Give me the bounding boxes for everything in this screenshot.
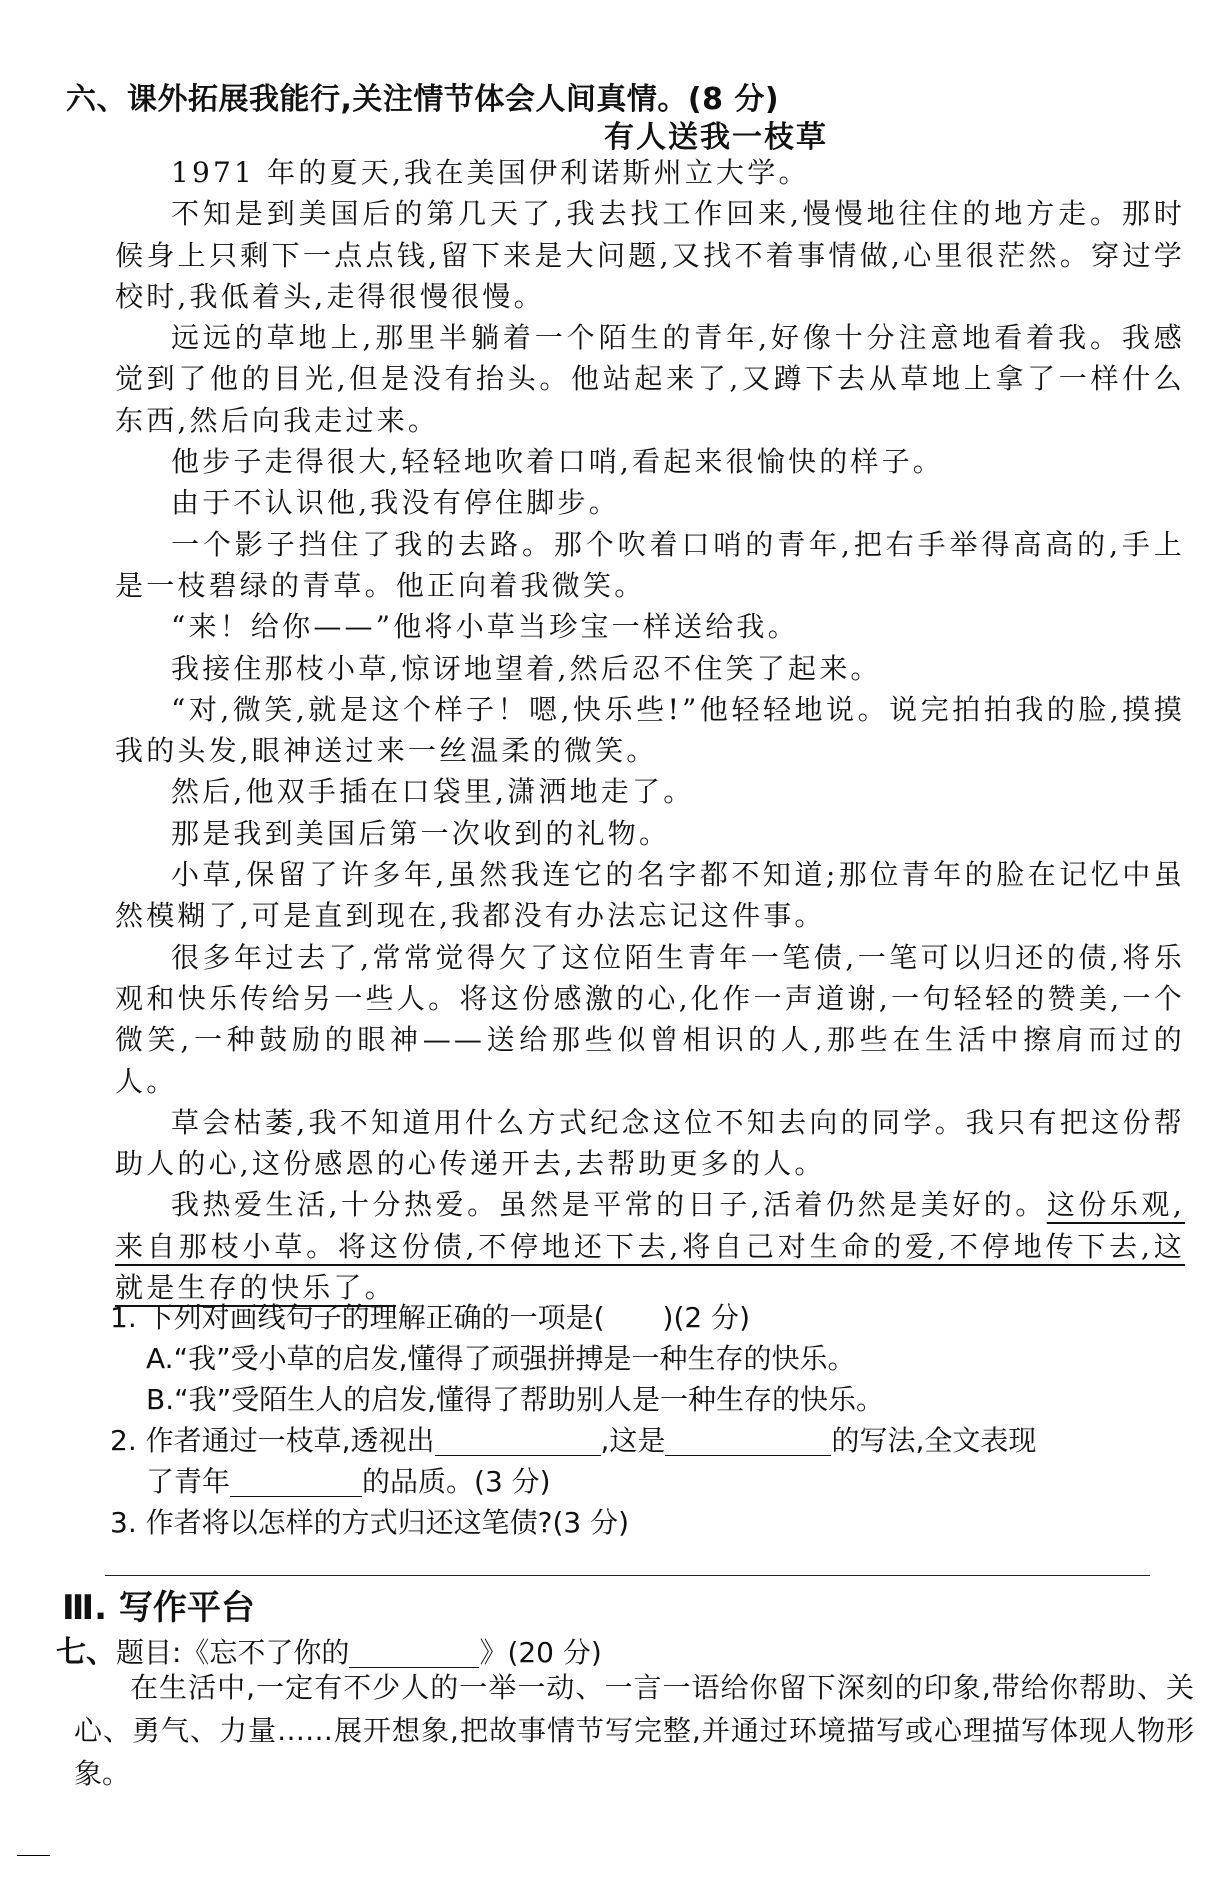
question-2-text: 了青年 — [146, 1465, 230, 1498]
article-paragraph: 他步子走得很大,轻轻地吹着口哨,看起来很愉快的样子。 — [115, 441, 1185, 482]
article-paragraph: 小草,保留了许多年,虽然我连它的名字都不知道;那位青年的脸在记忆中虽然模糊了,可… — [115, 854, 1185, 937]
article-paragraph: 我接住那枝小草,惊讶地望着,然后忍不住笑了起来。 — [115, 648, 1185, 689]
writing-prompt-text: 在生活中,一定有不少人的一举一动、一言一语给你留下深刻的印象,带给你帮助、关心、… — [74, 1666, 1194, 1795]
question-2-text: 2. 作者通过一枝草,透视出 — [110, 1424, 435, 1457]
writing-topic: 七、题目:《忘不了你的》(20 分) — [56, 1627, 602, 1671]
article-title: 有人送我一枝草 — [0, 112, 1212, 156]
writing-section-title: Ⅲ. 写作平台 — [62, 1580, 255, 1629]
article-last-paragraph: 我热爱生活,十分热爱。虽然是平常的日子,活着仍然是美好的。这份乐观,来自那枝小草… — [115, 1184, 1185, 1308]
question-2-text: 的写法,全文表现 — [831, 1424, 1036, 1457]
writing-topic-blank[interactable] — [349, 1637, 479, 1668]
questions-block: 1. 下列对画线句子的理解正确的一项是()(2 分) A.“我”受小草的启发,懂… — [110, 1297, 1190, 1543]
article-body: 1971 年的夏天,我在美国伊利诺斯州立大学。 不知是到美国后的第几天了,我去找… — [115, 152, 1185, 1308]
article-paragraph: 由于不认识他,我没有停住脚步。 — [115, 482, 1185, 523]
question-1-option-a[interactable]: A.“我”受小草的启发,懂得了顽强拼搏是一种生存的快乐。 — [110, 1338, 1190, 1379]
last-paragraph-plain: 我热爱生活,十分热爱。虽然是平常的日子,活着仍然是美好的。 — [171, 1188, 1047, 1221]
writing-topic-suffix: 》(20 分) — [479, 1636, 601, 1669]
article-paragraph: 1971 年的夏天,我在美国伊利诺斯州立大学。 — [115, 152, 1185, 193]
article-paragraph: “来！给你——”他将小草当珍宝一样送给我。 — [115, 606, 1185, 647]
article-paragraph: 远远的草地上,那里半躺着一个陌生的青年,好像十分注意地看着我。我感觉到了他的目光… — [115, 317, 1185, 441]
worksheet-page: 六、课外拓展我能行,关注情节体会人间真情。(8 分) 有人送我一枝草 1971 … — [0, 0, 1212, 1899]
article-paragraph: 那是我到美国后第一次收到的礼物。 — [115, 813, 1185, 854]
question-2-text: ,这是 — [601, 1424, 666, 1457]
question-2-blank-2[interactable] — [665, 1425, 831, 1456]
writing-prompt: 在生活中,一定有不少人的一举一动、一言一语给你留下深刻的印象,带给你帮助、关心、… — [74, 1666, 1194, 1795]
question-2-blank-3[interactable] — [230, 1466, 362, 1497]
page-corner-mark — [17, 1855, 50, 1856]
question-2-continued: 了青年的品质。(3 分) — [110, 1461, 1190, 1502]
writing-topic-number: 七、 — [56, 1635, 116, 1670]
question-2: 2. 作者通过一枝草,透视出,这是的写法,全文表现 — [110, 1420, 1190, 1461]
article-paragraph: 草会枯萎,我不知道用什么方式纪念这位不知去向的同学。我只有把这份帮助人的心,这份… — [115, 1102, 1185, 1185]
question-1-option-b[interactable]: B.“我”受陌生人的启发,懂得了帮助别人是一种生存的快乐。 — [110, 1379, 1190, 1420]
question-2-blank-1[interactable] — [435, 1425, 601, 1456]
question-2-text: 的品质。(3 分) — [362, 1465, 551, 1498]
question-3: 3. 作者将以怎样的方式归还这笔债?(3 分) — [110, 1502, 1190, 1543]
article-paragraph: “对,微笑,就是这个样子！嗯,快乐些!”他轻轻地说。说完拍拍我的脸,摸摸我的头发… — [115, 689, 1185, 772]
article-paragraph: 不知是到美国后的第几天了,我去找工作回来,慢慢地往住的地方走。那时候身上只剩下一… — [115, 193, 1185, 317]
article-paragraph: 很多年过去了,常常觉得欠了这位陌生青年一笔债,一笔可以归还的债,将乐观和快乐传给… — [115, 937, 1185, 1102]
writing-topic-prefix: 题目:《忘不了你的 — [116, 1636, 349, 1669]
question-1: 1. 下列对画线句子的理解正确的一项是()(2 分) — [110, 1297, 1190, 1338]
question-1-suffix: )(2 分) — [663, 1301, 751, 1334]
question-1-prefix: 1. 下列对画线句子的理解正确的一项是( — [110, 1301, 605, 1334]
article-paragraph: 然后,他双手插在口袋里,潇洒地走了。 — [115, 771, 1185, 812]
article-paragraph: 一个影子挡住了我的去路。那个吹着口哨的青年,把右手举得高高的,手上是一枝碧绿的青… — [115, 524, 1185, 607]
section-divider — [105, 1575, 1150, 1576]
